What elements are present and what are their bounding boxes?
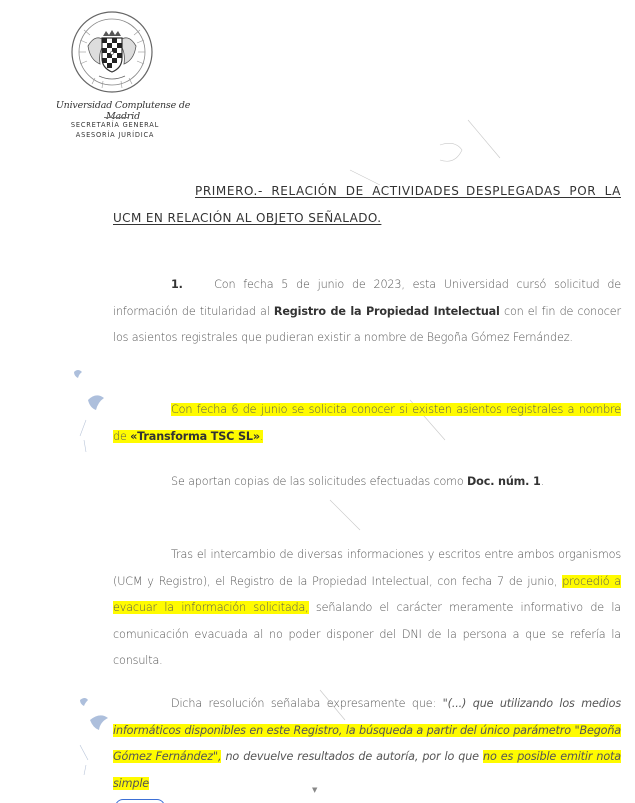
quote-part-a: "(...) que utilizando los medios — [443, 697, 621, 710]
partial-overlay-button[interactable] — [115, 799, 165, 803]
paragraph-3: Se aportan copias de las solicitudes efe… — [113, 469, 621, 496]
department-line-2: ASESORÍA JURÍDICA — [60, 131, 170, 139]
paragraph-4: Tras el intercambio de diversas informac… — [113, 542, 621, 675]
department-line-1: SECRETARÍA GENERAL — [60, 121, 170, 129]
paragraph-2: Con fecha 6 de junio se solicita conocer… — [113, 397, 621, 450]
paragraph-5: Dicha resolución señalaba expresamente q… — [113, 691, 621, 797]
heading-line-2: UCM EN RELACIÓN AL OBJETO SEÑALADO. — [113, 205, 621, 232]
scroll-caret-icon: ▼ — [312, 786, 317, 794]
paragraph-3-text: Se aportan copias de las solicitudes efe… — [171, 475, 467, 488]
document-page: Universidad Complutense de Madrid SECRET… — [0, 0, 635, 803]
company-name: «Transforma TSC SL» — [130, 430, 260, 443]
university-name: Universidad Complutense de Madrid — [38, 100, 208, 122]
registry-name: Registro de la Propiedad Intelectual — [274, 305, 500, 318]
university-crest-icon — [66, 6, 158, 98]
paragraph-4-text-a: Tras el intercambio de diversas informac… — [113, 548, 621, 588]
highlighted-text: Con fecha 6 de junio se solicita conocer… — [113, 403, 621, 443]
document-reference: Doc. núm. 1 — [467, 475, 541, 488]
letterhead-divider — [104, 117, 128, 118]
section-heading: PRIMERO.- RELACIÓN DE ACTIVIDADES_DESPLE… — [113, 178, 621, 232]
paragraph-3-end: . — [541, 475, 544, 488]
paragraph-5-text-a: Dicha resolución señalaba expresamente q… — [171, 697, 443, 710]
quote-part-b: no devuelve resultados de autoría, por l… — [221, 750, 483, 763]
item-number: 1. — [171, 278, 183, 291]
heading-line-1: PRIMERO.- RELACIÓN DE ACTIVIDADES_DESPLE… — [113, 178, 621, 205]
paragraph-2-end: . — [260, 430, 263, 443]
paragraph-1: 1. Con fecha 5 de junio de 2023, esta Un… — [113, 272, 621, 352]
